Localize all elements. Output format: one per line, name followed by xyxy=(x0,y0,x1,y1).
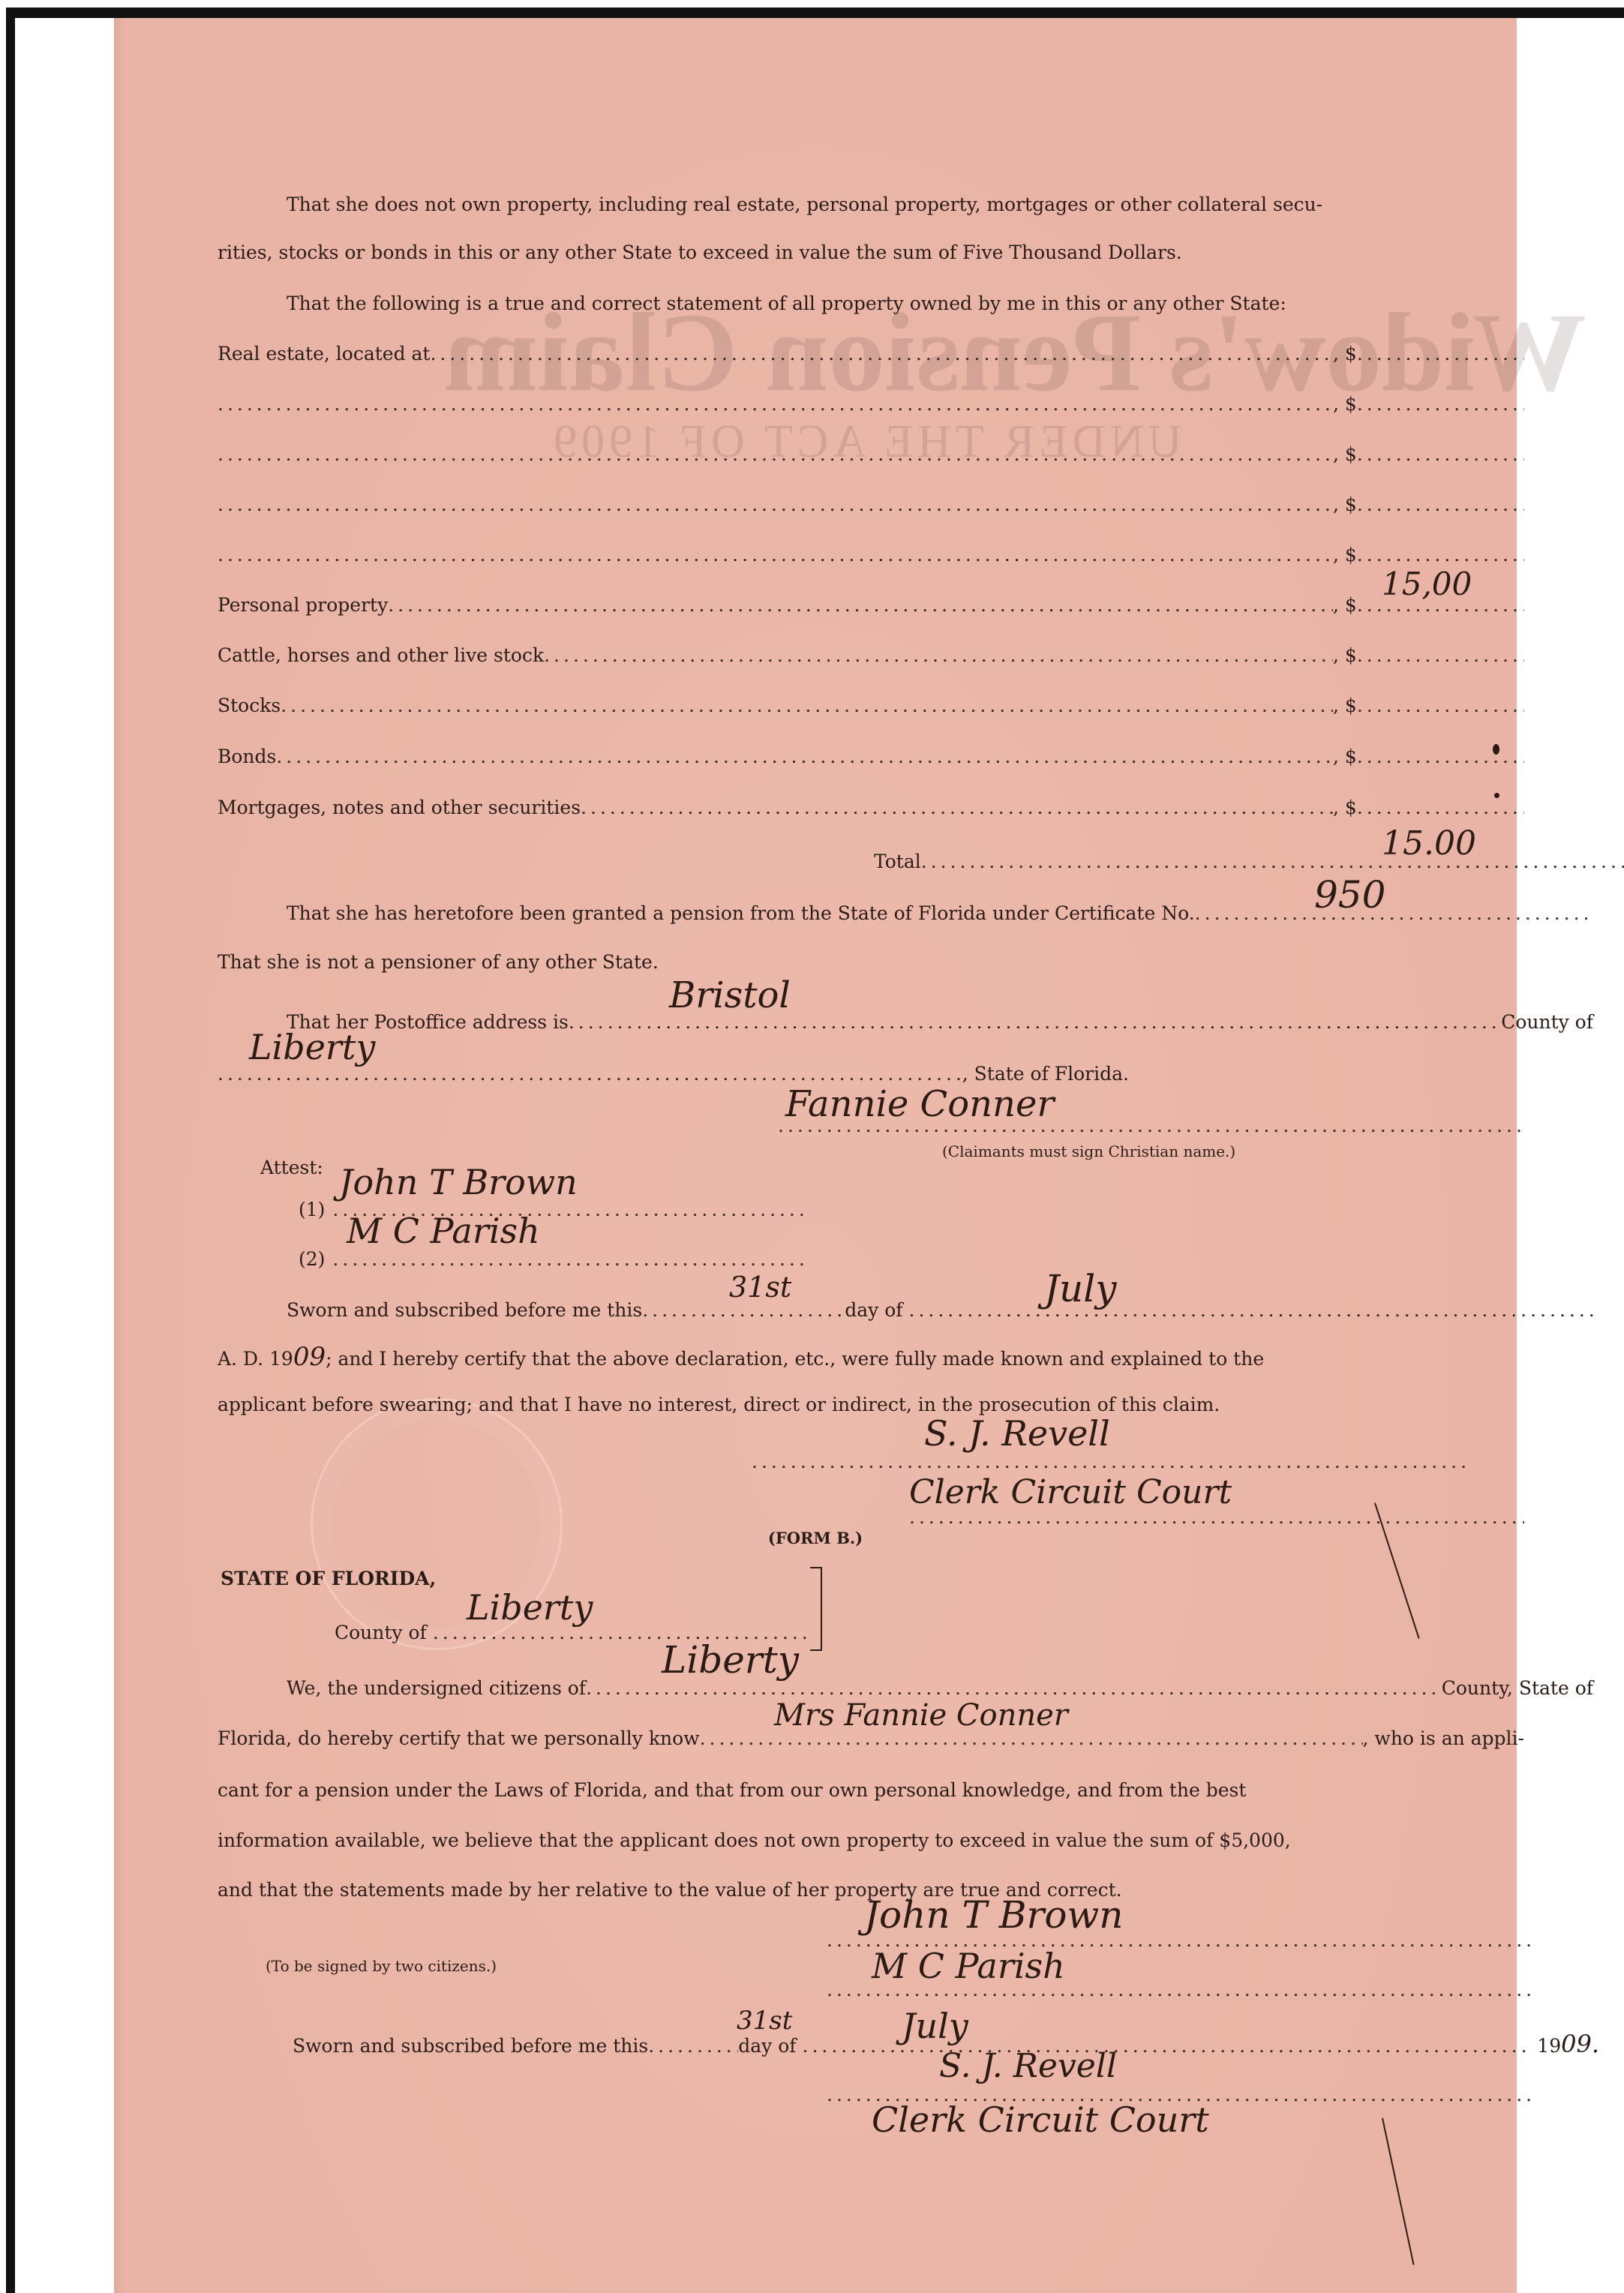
certify-line-2: applicant before swearing; and that I ha… xyxy=(218,1392,1524,1418)
ink-spot xyxy=(1493,744,1499,755)
pension-claim-page: Widow's Pension Claim UNDER THE ACT OF 1… xyxy=(114,18,1517,2293)
property-row-real-estate[interactable]: Real estate, located at , $ xyxy=(218,341,1524,367)
form-b-line4: information available, we believe that t… xyxy=(218,1828,1524,1853)
certificate-number[interactable]: 950 xyxy=(1314,873,1385,917)
property-row-blank[interactable]: , $ xyxy=(218,542,1524,568)
clerk-signature-line[interactable] xyxy=(752,1449,1472,1475)
clerk-signature[interactable]: S. J. Revell xyxy=(924,1413,1110,1454)
claimant-signature[interactable]: Fannie Conner xyxy=(785,1083,1054,1125)
county-value[interactable]: Liberty xyxy=(249,1027,375,1067)
form-b-county-value[interactable]: Liberty xyxy=(467,1587,593,1628)
property-row-mortgages[interactable]: Mortgages, notes and other securities , … xyxy=(218,795,1524,821)
property-row-livestock[interactable]: Cattle, horses and other live stock , $ xyxy=(218,643,1524,668)
property-row-bonds[interactable]: Bonds , $ xyxy=(218,744,1524,770)
property-row-blank[interactable]: , $ xyxy=(218,442,1524,467)
certificate-line[interactable]: That she has heretofore been granted a p… xyxy=(218,901,1593,926)
witness-2-signature[interactable]: M C Parish xyxy=(347,1211,540,1251)
certify-line-1: A. D. 19 09 ; and I hereby certify that … xyxy=(218,1344,1524,1372)
form-b-clerk-title[interactable]: Clerk Circuit Court xyxy=(872,2099,1209,2140)
property-row-stocks[interactable]: Stocks , $ xyxy=(218,693,1524,719)
total-value[interactable]: 15.00 xyxy=(1382,824,1476,863)
form-b-line3: cant for a pension under the Laws of Flo… xyxy=(218,1778,1524,1803)
property-row-blank[interactable]: , $ xyxy=(218,492,1524,518)
not-pensioner-line: That she is not a pensioner of any other… xyxy=(218,950,1524,975)
flourish-stroke xyxy=(1382,2118,1415,2265)
amount-field[interactable]: , $ xyxy=(1333,492,1524,518)
applicant-name[interactable]: Mrs Fannie Conner xyxy=(774,1698,1068,1733)
signers-note: (To be signed by two citizens.) xyxy=(266,1953,641,1979)
claimant-note: (Claimants must sign Christian name.) xyxy=(942,1139,1467,1164)
scanner-frame-top xyxy=(6,8,1624,18)
postoffice-line[interactable]: That her Postoffice address is County of xyxy=(218,1010,1593,1035)
property-statement-line2: rities, stocks or bonds in this or any o… xyxy=(218,240,1524,266)
citizen-2-signature[interactable]: M C Parish xyxy=(872,1946,1065,1986)
sworn-line[interactable]: Sworn and subscribed before me this day … xyxy=(218,1298,1593,1323)
scanner-frame-left xyxy=(6,8,15,2293)
sworn-day[interactable]: 31st xyxy=(729,1271,791,1304)
ad-year[interactable]: 09 xyxy=(293,1344,326,1370)
citizen-1-signature[interactable]: John T Brown xyxy=(864,1893,1123,1937)
form-b-sworn-day[interactable]: 31st xyxy=(737,2006,792,2036)
citizens-line[interactable]: We, the undersigned citizens of County, … xyxy=(218,1676,1593,1701)
form-b-sworn-month[interactable]: July xyxy=(902,2006,968,2046)
amount-field[interactable]: , $ xyxy=(1333,795,1524,821)
amount-field[interactable]: , $ xyxy=(1333,643,1524,668)
amount-field[interactable]: , $ xyxy=(1333,392,1524,417)
bracket-icon xyxy=(810,1567,822,1651)
scan-border-top xyxy=(0,0,1624,8)
clerk-title[interactable]: Clerk Circuit Court xyxy=(909,1473,1232,1511)
ink-spot xyxy=(1494,793,1499,798)
personal-property-value[interactable]: 15,00 xyxy=(1382,566,1472,602)
postoffice-value[interactable]: Bristol xyxy=(669,974,791,1016)
property-statement-line1: That she does not own property, includin… xyxy=(218,192,1593,218)
amount-field[interactable]: , $ xyxy=(1333,693,1524,719)
amount-field[interactable]: , $ xyxy=(1333,542,1524,568)
property-row-personal[interactable]: Personal property , $ xyxy=(218,593,1524,618)
sworn-month[interactable]: July xyxy=(1044,1267,1116,1310)
property-row-blank[interactable]: , $ xyxy=(218,392,1524,417)
true-statement-line: That the following is a true and correct… xyxy=(218,291,1593,317)
amount-field[interactable]: , $ xyxy=(1333,442,1524,467)
form-b-heading: (FORM B.) xyxy=(114,1526,1517,1551)
form-b-clerk-signature[interactable]: S. J. Revell xyxy=(939,2047,1117,2085)
amount-field[interactable]: , $ xyxy=(1333,341,1524,367)
witness-1-signature[interactable]: John T Brown xyxy=(339,1162,578,1202)
citizens-county-value[interactable]: Liberty xyxy=(662,1638,799,1682)
